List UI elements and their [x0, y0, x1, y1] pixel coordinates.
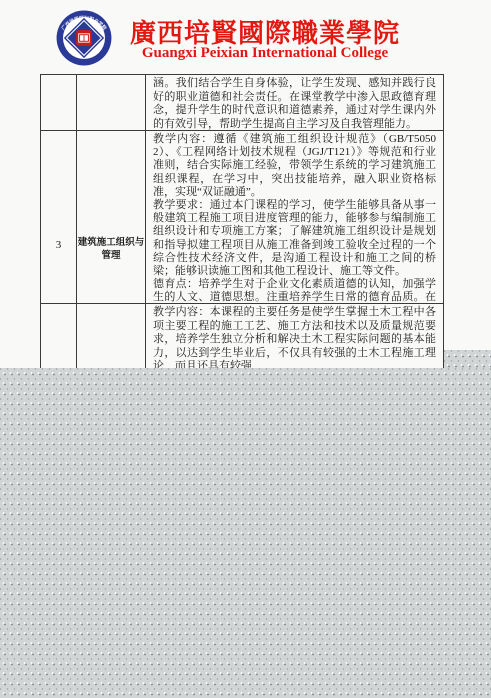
table-row-course-3: 3 建筑施工组织与管理 教学内容：遵循《建筑施工组织设计规范》（GB/T5050… [41, 130, 443, 303]
course-name-cell [76, 75, 145, 130]
course-content-cell: 教学内容：遵循《建筑施工组织设计规范》（GB/T50502）、《工程网络计划技术… [145, 131, 443, 303]
paragraph-teaching-content: 教学内容：本课程的主要任务是使学生掌握土木工程中各项主要工程的施工工艺、施工方法… [153, 306, 436, 374]
course-table: 涵。我们结合学生自身体验，让学生发现、感知并践行良好的职业道德和社会责任。在课堂… [40, 74, 444, 404]
unrendered-background-pattern [0, 368, 491, 698]
college-name-english: Guangxi Peixian International College [120, 45, 410, 62]
course-content-cell: 涵。我们结合学生自身体验，让学生发现、感知并践行良好的职业道德和社会责任。在课堂… [145, 75, 443, 130]
course-number: 3 [56, 239, 62, 251]
document-page: 广西培贤国际职业学院 GUANGXI PEIXIAN INTERNATIONAL… [0, 0, 491, 698]
college-emblem-icon: 广西培贤国际职业学院 GUANGXI PEIXIAN INTERNATIONAL… [55, 10, 113, 66]
paragraph-teaching-content: 教学内容：遵循《建筑施工组织设计规范》（GB/T50502）、《工程网络计划技术… [153, 133, 436, 199]
course-number-cell: 3 [41, 131, 76, 303]
unrendered-background-pattern [444, 350, 491, 368]
table-row-continuation: 涵。我们结合学生自身体验，让学生发现、感知并践行良好的职业道德和社会责任。在课堂… [41, 75, 443, 130]
paragraph-moral-education: 德育点：培养学生对于企业文化素质道德的认知，加强学生的人文、道德思想。注重培养学… [153, 278, 436, 303]
paragraph-continued-text: 涵。我们结合学生自身体验，让学生发现、感知并践行良好的职业道德和社会责任。在课堂… [153, 77, 436, 130]
course-name-cell: 建筑施工组织与管理 [76, 131, 145, 303]
course-number-cell [41, 75, 76, 130]
course-name: 建筑施工组织与管理 [77, 237, 145, 263]
paragraph-teaching-requirements: 教学要求：通过本门课程的学习，使学生能够具备从事一般建筑工程施工项目进度管理的能… [153, 199, 436, 278]
